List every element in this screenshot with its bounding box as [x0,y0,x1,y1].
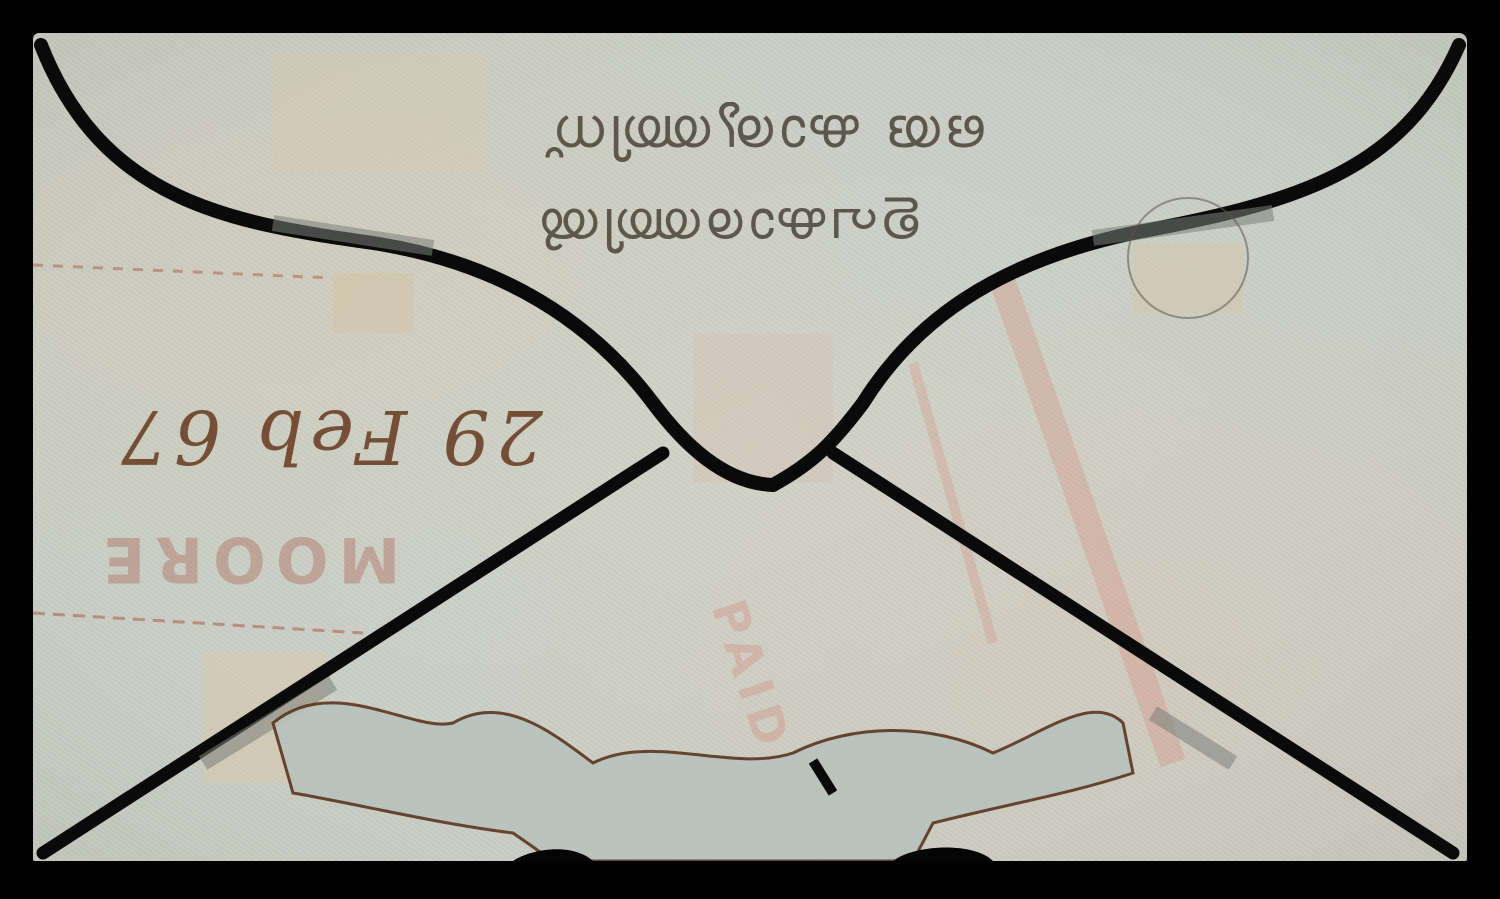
envelope-back: ഒരു കാര്യത്തിന് ഉപകാരത്തിൽ 29 Feb 67 MOO… [33,33,1467,861]
photo-background: ഒരു കാര്യത്തിന് ഉപകാരത്തിൽ 29 Feb 67 MOO… [0,0,1500,899]
torn-flap [33,33,1467,861]
